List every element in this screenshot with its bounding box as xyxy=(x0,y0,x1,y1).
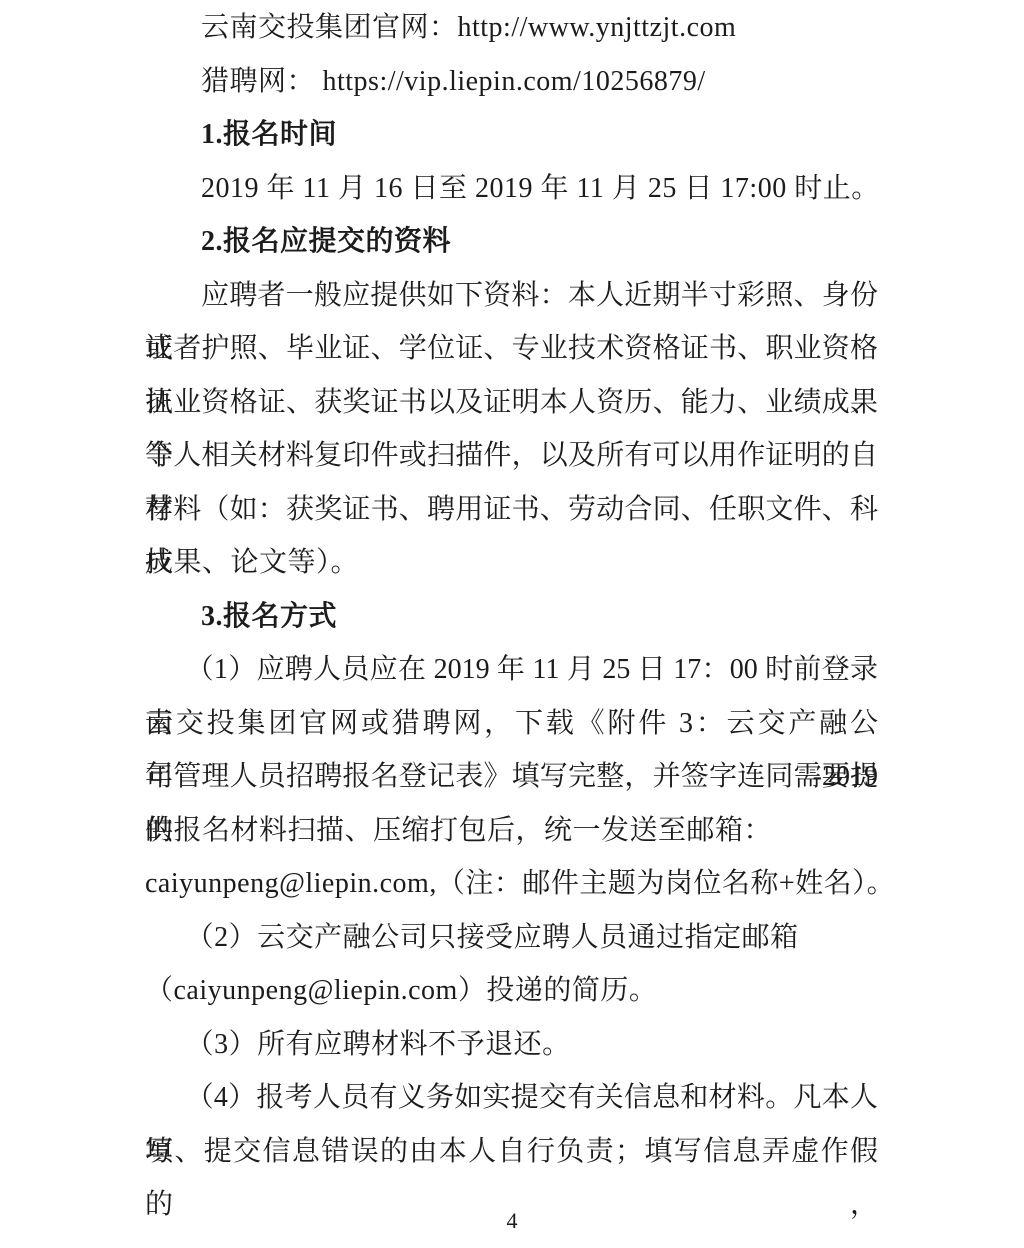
text-line: 猎聘网： https://vip.liepin.com/10256879/ xyxy=(145,55,878,109)
text-line: 材料（如：获奖证书、聘用证书、劳动合同、任职文件、科技 xyxy=(145,483,878,537)
heading-line: 1.报名时间 xyxy=(145,108,878,162)
text-line: 应聘者一般应提供如下资料：本人近期半寸彩照、身份证 xyxy=(145,269,878,323)
heading-line: 3.报名方式 xyxy=(145,590,878,644)
document-body: 云南交投集团官网：http://www.ynjttzjt.com猎聘网： htt… xyxy=(145,1,878,1178)
heading-line: 2.报名应提交的资料 xyxy=(145,215,878,269)
text-line: 年管理人员招聘报名登记表》填写完整，并签字连同需要提供 xyxy=(145,750,878,804)
text-line: 写、提交信息错误的由本人自行负责；填写信息弄虚作假的， xyxy=(145,1125,878,1179)
document-page: 云南交投集团官网：http://www.ynjttzjt.com猎聘网： htt… xyxy=(0,0,1024,1248)
text-line: （4）报考人员有义务如实提交有关信息和材料。凡本人填 xyxy=(145,1071,878,1125)
text-line: 或者护照、毕业证、学位证、专业技术资格证书、职业资格证、 xyxy=(145,322,878,376)
text-line: （3）所有应聘材料不予退还。 xyxy=(145,1018,878,1072)
text-line: 的报名材料扫描、压缩打包后，统一发送至邮箱： xyxy=(145,804,878,858)
text-line: （caiyunpeng@liepin.com）投递的简历。 xyxy=(145,964,878,1018)
text-line: caiyunpeng@liepin.com,（注：邮件主题为岗位名称+姓名）。 xyxy=(145,857,878,911)
text-line: 2019 年 11 月 16 日至 2019 年 11 月 25 日 17:00… xyxy=(145,162,878,216)
text-line: 个人相关材料复印件或扫描件，以及所有可以用作证明的自荐 xyxy=(145,429,878,483)
text-line: 执业资格证、获奖证书以及证明本人资历、能力、业绩成果等 xyxy=(145,376,878,430)
page-number: 4 xyxy=(0,1208,1024,1234)
text-line: （1）应聘人员应在 2019 年 11 月 25 日 17：00 时前登录云 xyxy=(145,643,878,697)
text-line: （2）云交产融公司只接受应聘人员通过指定邮箱 xyxy=(145,911,878,965)
text-line: 南交投集团官网或猎聘网，下载《附件 3：云交产融公司-2019 xyxy=(145,697,878,751)
text-line: 云南交投集团官网：http://www.ynjttzjt.com xyxy=(145,1,878,55)
text-line: 成果、论文等）。 xyxy=(145,536,878,590)
